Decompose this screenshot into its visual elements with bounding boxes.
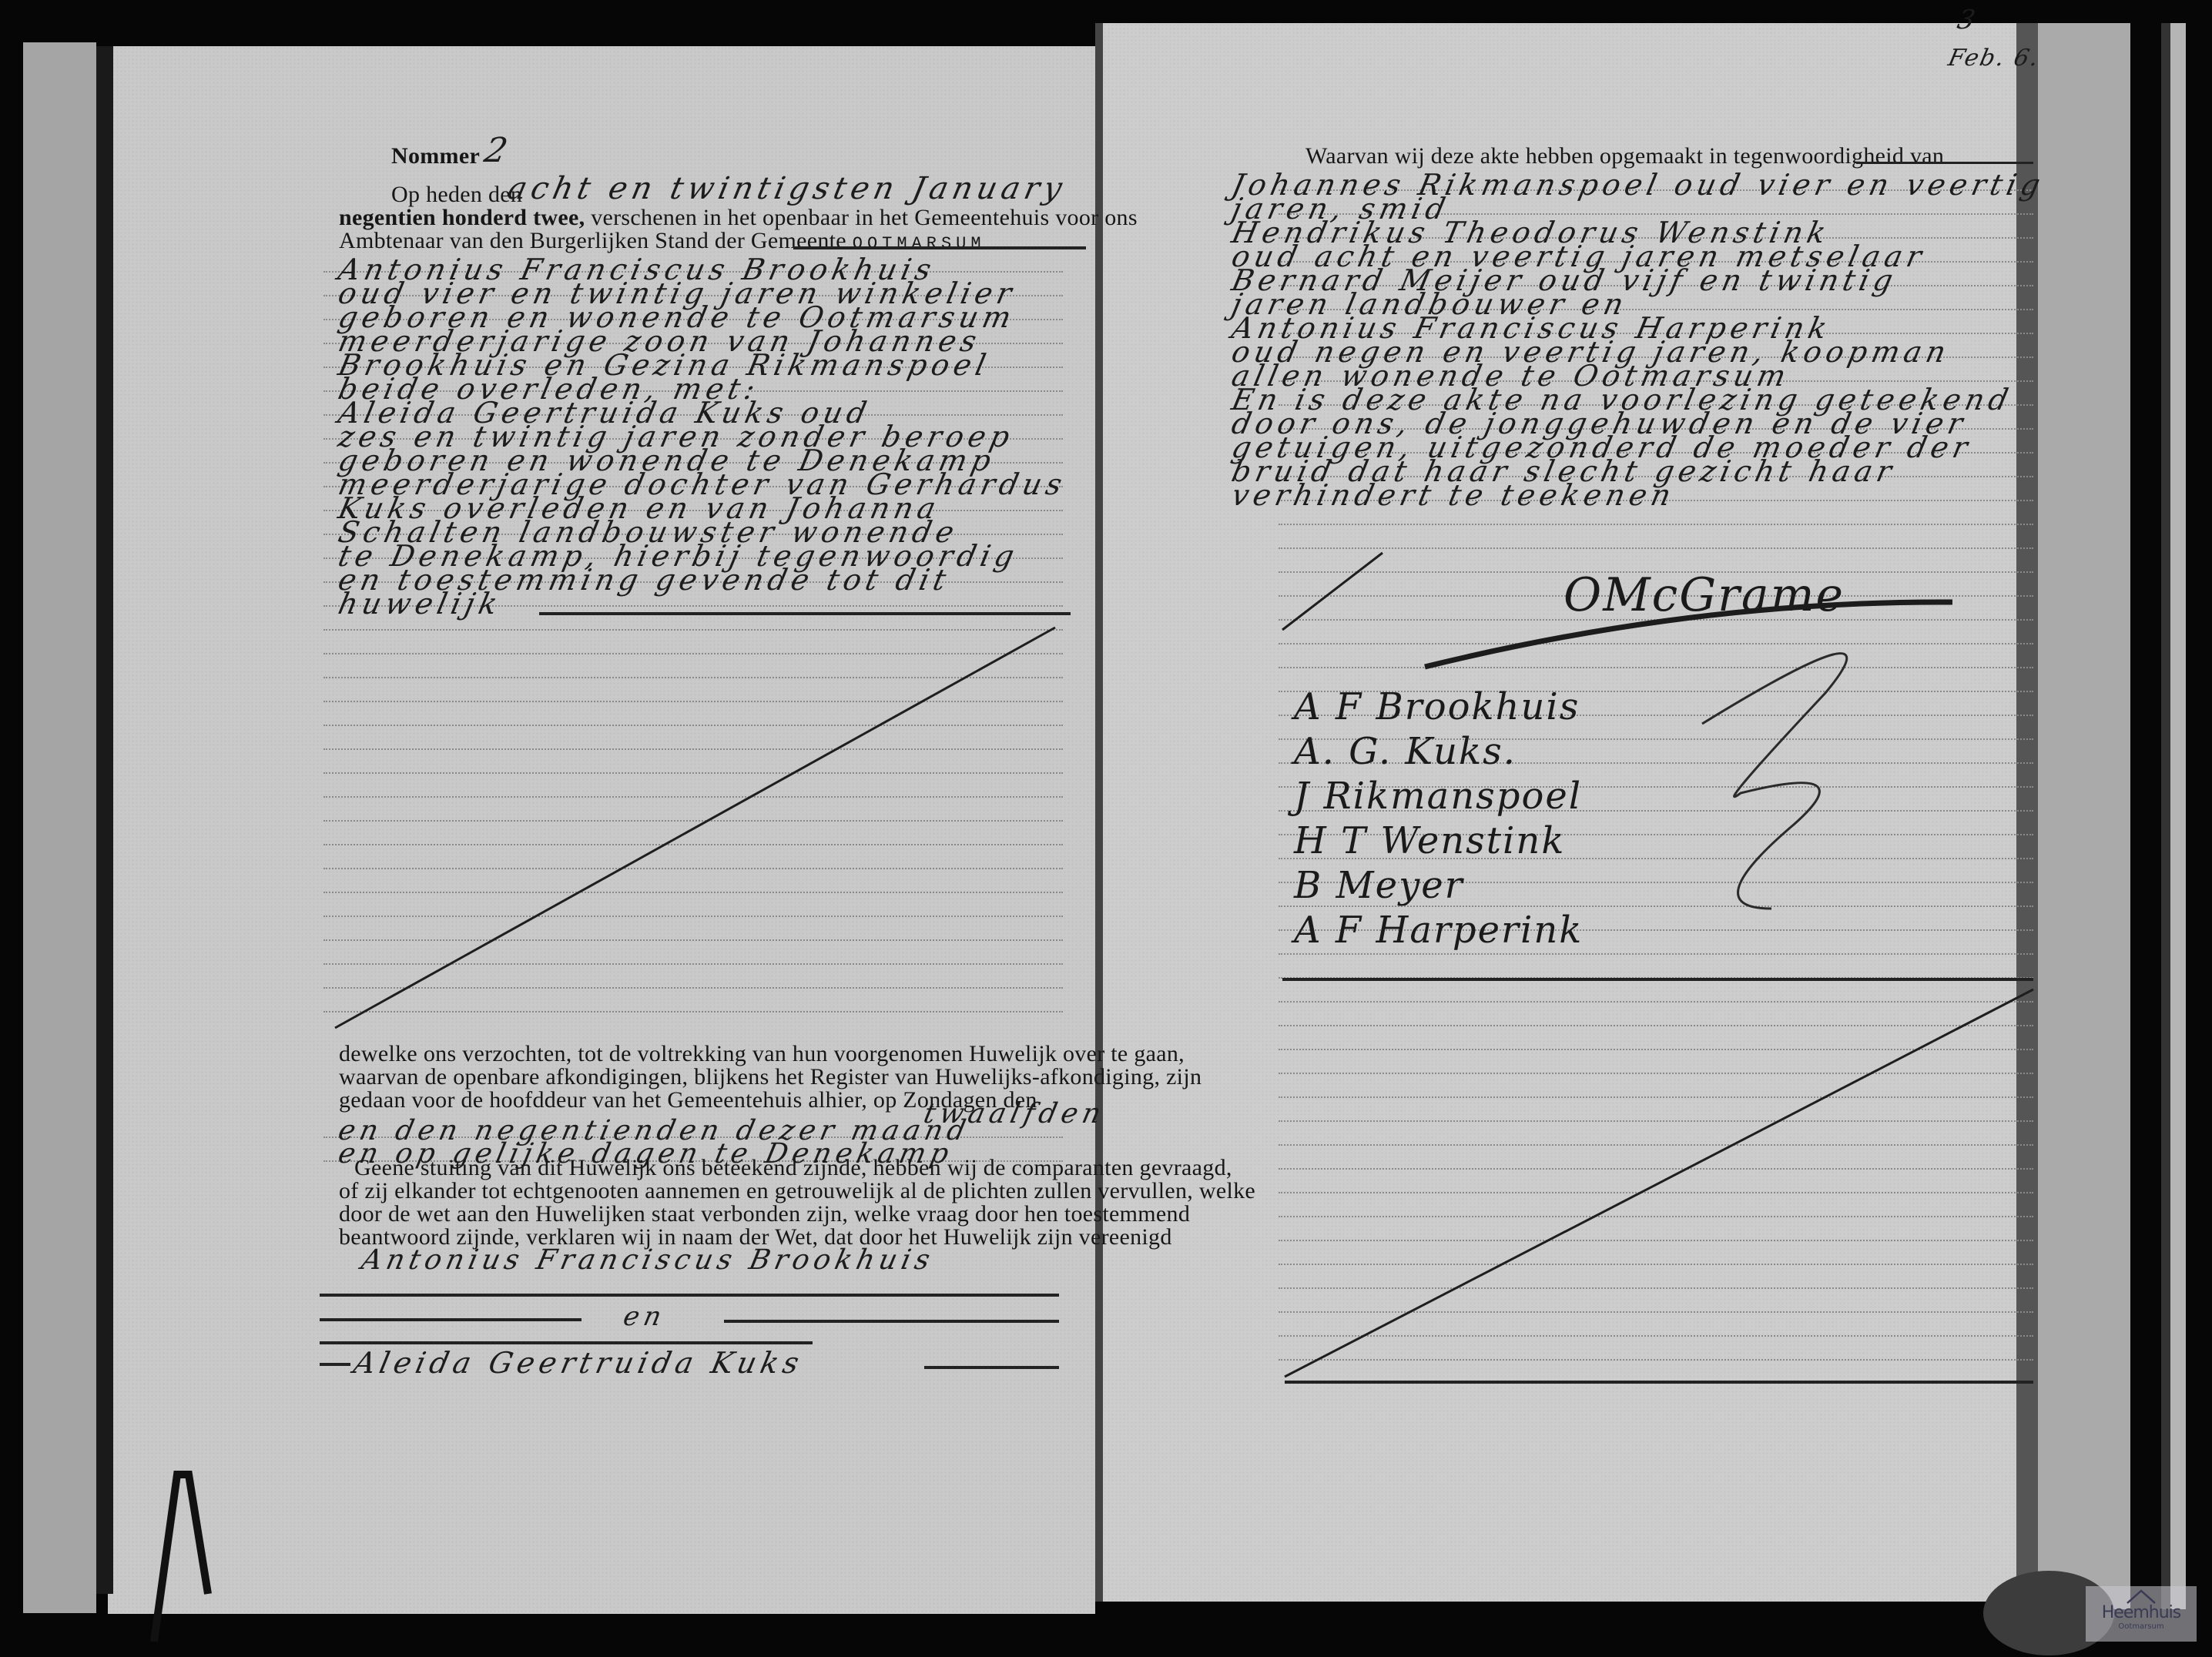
cancellation-strokes xyxy=(0,0,2212,1657)
heemhuis-watermark: Heemhuis Ootmarsum xyxy=(2086,1586,2197,1642)
roof-logo-icon xyxy=(2126,1589,2157,1605)
